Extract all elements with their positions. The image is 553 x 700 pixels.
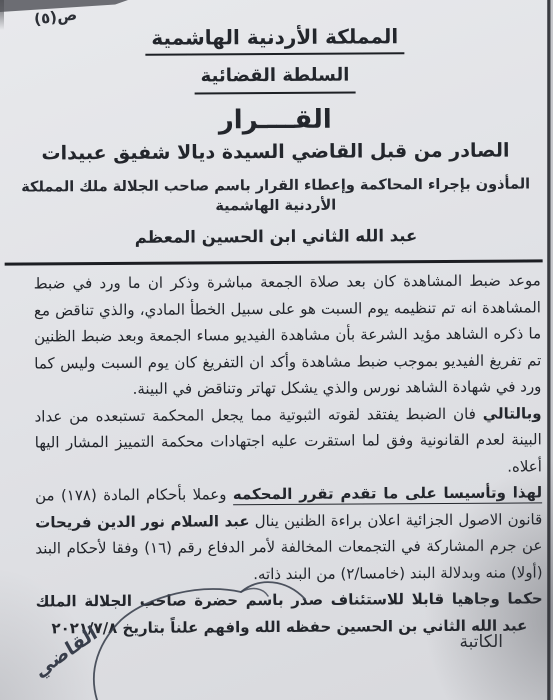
decision-heading-text: القــــرار — [219, 105, 332, 136]
document-content: المملكة الأردنية الهاشمية السلطة القضائي… — [0, 0, 553, 642]
authorization-text: المأذون بإجراء المحاكمة وإعطاء القرار با… — [0, 174, 552, 217]
judicial-authority-text: السلطة القضائية — [195, 64, 356, 95]
kingdom-title: المملكة الأردنية الهاشمية — [0, 0, 551, 57]
paragraph3-rest: عن جرم المشاركة في التجمعات المخالفة لأم… — [35, 536, 542, 582]
scanned-court-decision-page: ص(٥) المملكة الأردنية الهاشمية السلطة ال… — [0, 0, 553, 700]
clerk-label: الكاتبة — [460, 632, 503, 652]
king-name-text: عبد الله الثاني ابن الحسين المعظم — [135, 224, 418, 249]
paragraph-evidence-review: موعد ضبط المشاهدة كان بعد صلاة الجمعة مب… — [34, 267, 542, 403]
judicial-authority-title: السلطة القضائية — [0, 62, 552, 95]
verdict-text: حكما وجاهيا قابلا للاستئناف صدر باسم حضر… — [36, 589, 543, 637]
king-name-line: عبد الله الثاني ابن الحسين المعظم — [0, 223, 553, 249]
paragraph2-rest: فان الضبط يفتقد لقوته الثبوتية مما يجعل … — [35, 404, 542, 475]
decision-heading: القــــرار — [0, 103, 552, 136]
issuing-judge-text: الصادر من قبل القاضي السيدة ديالا شفيق ع… — [41, 139, 509, 166]
paragraph1-text: موعد ضبط المشاهدة كان بعد صلاة الجمعة مب… — [34, 271, 542, 397]
paragraph-ruling: لهذا وتأسيسا على ما تقدم تقرر المحكمه وع… — [35, 479, 543, 588]
paragraph2-lead: وبالتالي — [483, 404, 542, 422]
kingdom-title-text: المملكة الأردنية الهاشمية — [145, 24, 404, 56]
authorization-line: المأذون بإجراء المحاكمة وإعطاء القرار با… — [0, 174, 552, 217]
paragraph3-lead: لهذا وتأسيسا على ما تقدم تقرر المحكمه — [233, 483, 542, 505]
paragraph-conclusion: وبالتالي فان الضبط يفتقد لقوته الثبوتية … — [35, 400, 542, 483]
defendant-name: عبد السلام نور الدين فريحات — [35, 512, 249, 531]
issuing-judge-line: الصادر من قبل القاضي السيدة ديالا شفيق ع… — [0, 138, 552, 165]
decision-body: موعد ضبط المشاهدة كان بعد صلاة الجمعة مب… — [0, 262, 553, 641]
